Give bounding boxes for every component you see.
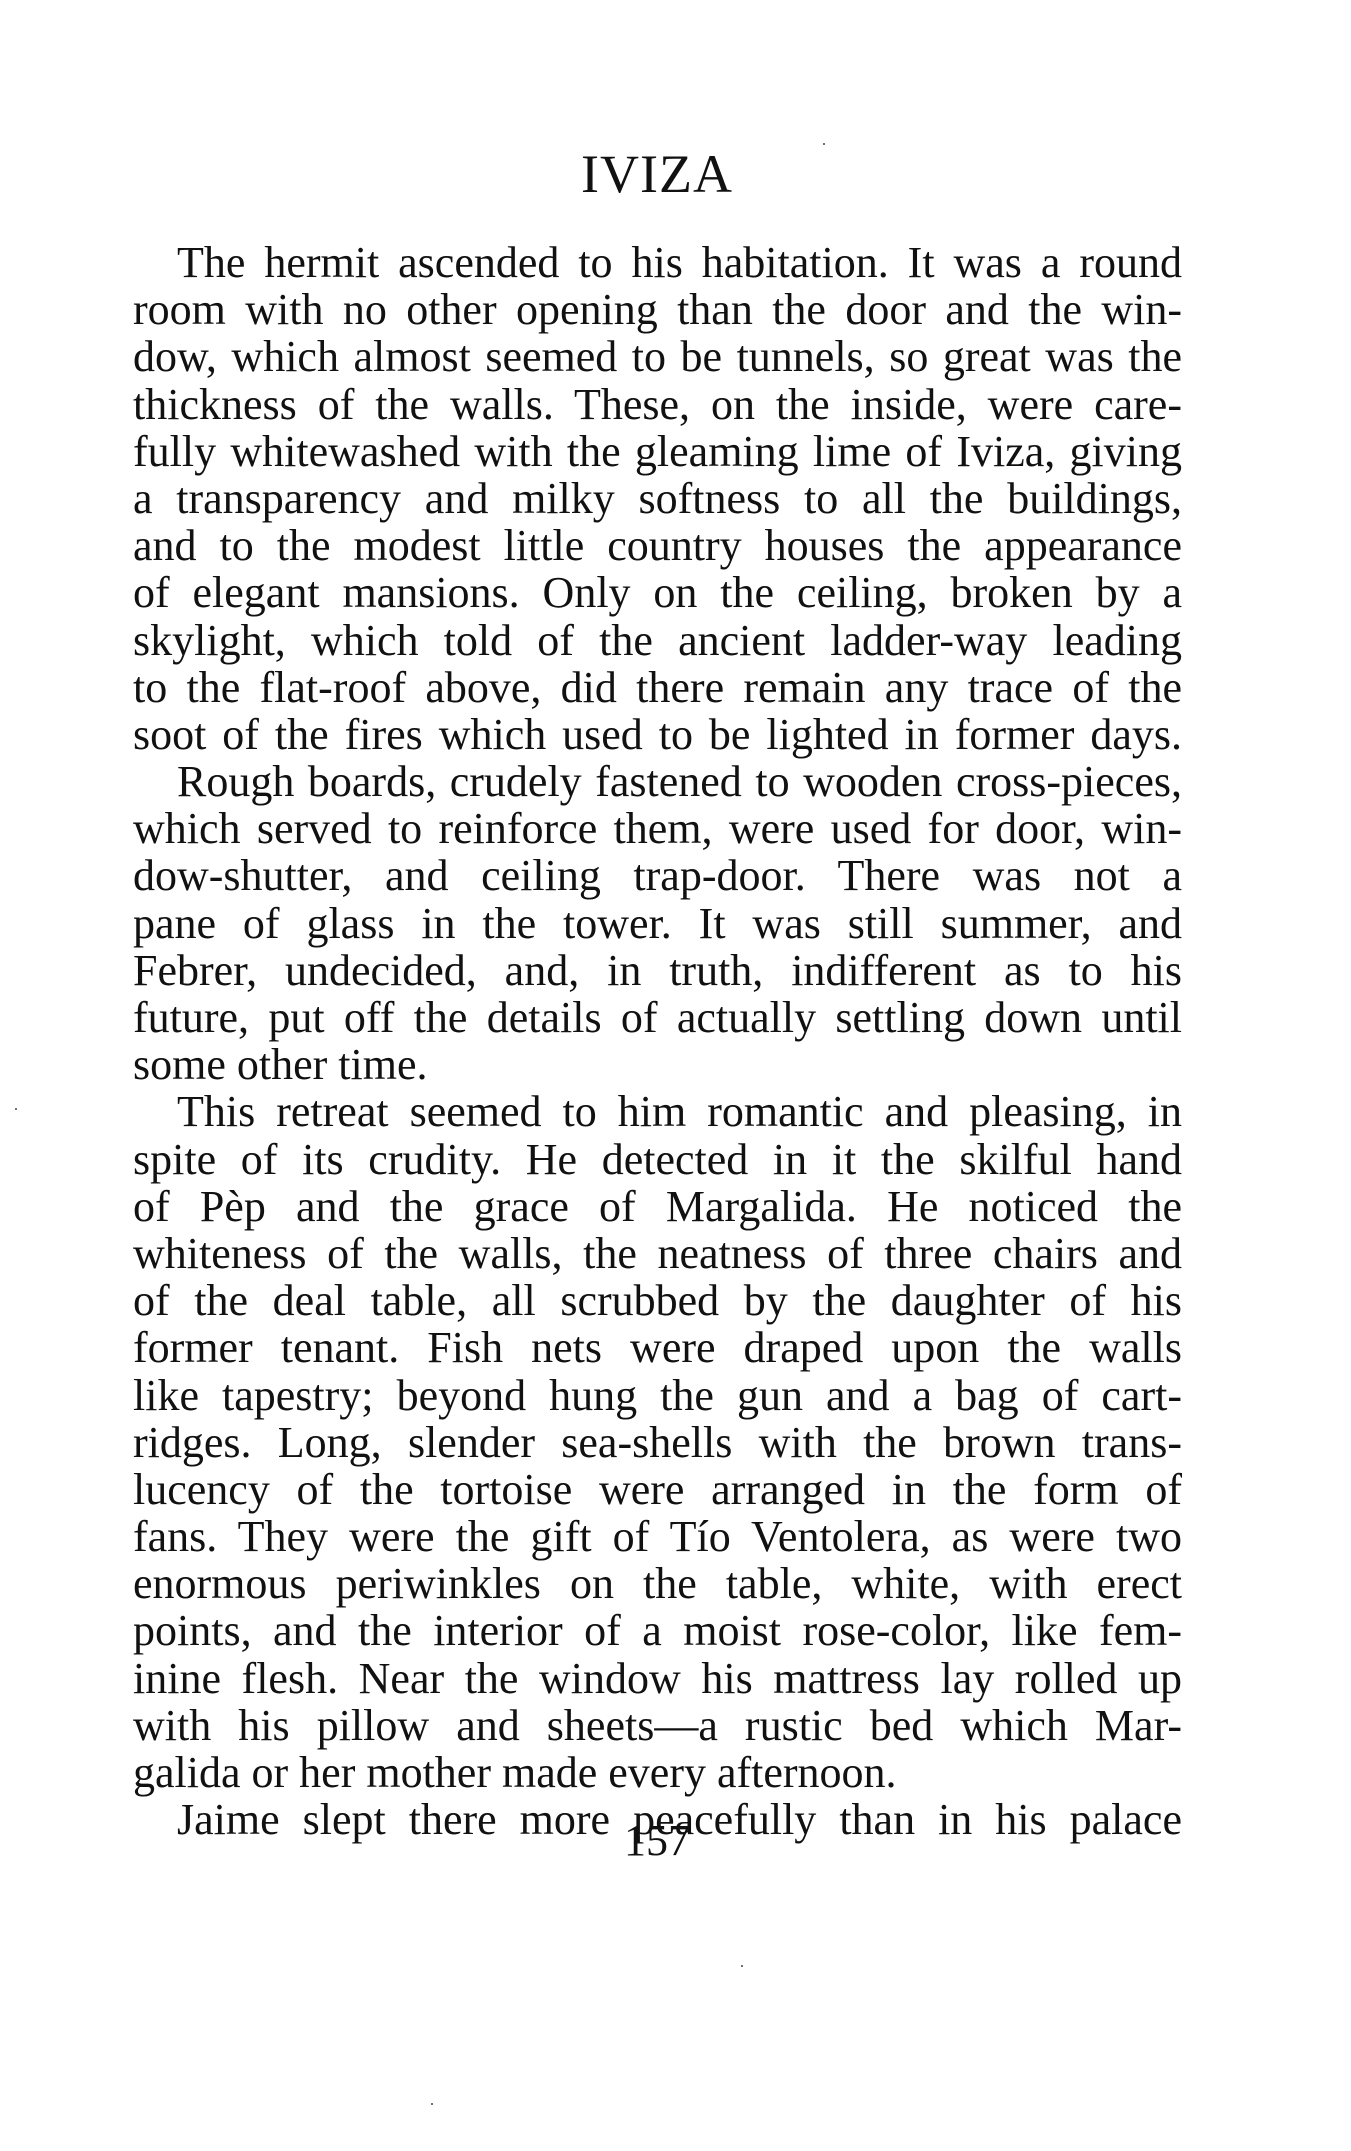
text-line: dow-shutter, and ceiling trap-door. Ther… xyxy=(133,852,1182,899)
text-line: The hermit ascended to his habitation. I… xyxy=(133,239,1182,286)
text-line: and to the modest little country houses … xyxy=(133,522,1182,569)
text-line: inine flesh. Near the window his mattres… xyxy=(133,1655,1182,1702)
book-page: IVIZA The hermit ascended to his habitat… xyxy=(0,0,1351,2151)
page-number-text: 157 xyxy=(624,1818,690,1864)
text-line: soot of the fires which used to be light… xyxy=(133,711,1182,758)
text-line: thickness of the walls. These, on the in… xyxy=(133,381,1182,428)
scan-speck xyxy=(15,1108,17,1110)
text-line: some other time. xyxy=(133,1041,1182,1088)
running-head: IVIZA xyxy=(0,146,1351,202)
paragraph-3: This retreat seemed to him romantic and … xyxy=(133,1088,1182,1796)
text-line: with his pillow and sheets—a rustic bed … xyxy=(133,1702,1182,1749)
text-line: This retreat seemed to him romantic and … xyxy=(133,1088,1182,1135)
text-line: former tenant. Fish nets were draped upo… xyxy=(133,1324,1182,1371)
text-line: a transparency and milky softness to all… xyxy=(133,475,1182,522)
page-number: 157 xyxy=(0,1818,1351,1864)
running-head-title: IVIZA xyxy=(581,146,733,202)
text-line: spite of its crudity. He detected in it … xyxy=(133,1136,1182,1183)
text-line: of the deal table, all scrubbed by the d… xyxy=(133,1277,1182,1324)
text-line: like tapestry; beyond hung the gun and a… xyxy=(133,1372,1182,1419)
text-line: pane of glass in the tower. It was still… xyxy=(133,900,1182,947)
paragraph-1: The hermit ascended to his habitation. I… xyxy=(133,239,1182,758)
text-line: of Pèp and the grace of Margalida. He no… xyxy=(133,1183,1182,1230)
text-line: to the flat-roof above, did there remain… xyxy=(133,664,1182,711)
text-line: of elegant mansions. Only on the ceiling… xyxy=(133,569,1182,616)
text-line: which served to reinforce them, were use… xyxy=(133,805,1182,852)
text-line: ridges. Long, slender sea-shells with th… xyxy=(133,1419,1182,1466)
text-line: Rough boards, crudely fastened to wooden… xyxy=(133,758,1182,805)
text-line: future, put off the details of actually … xyxy=(133,994,1182,1041)
text-line: enormous periwinkles on the table, white… xyxy=(133,1560,1182,1607)
text-line: galida or her mother made every afternoo… xyxy=(133,1749,1182,1796)
text-line: points, and the interior of a moist rose… xyxy=(133,1607,1182,1654)
text-line: room with no other opening than the door… xyxy=(133,286,1182,333)
text-line: lucency of the tortoise were arranged in… xyxy=(133,1466,1182,1513)
text-line: fans. They were the gift of Tío Ventoler… xyxy=(133,1513,1182,1560)
scan-speck xyxy=(741,1965,743,1967)
text-line: fully whitewashed with the gleaming lime… xyxy=(133,428,1182,475)
scan-speck xyxy=(431,2103,433,2105)
text-line: dow, which almost seemed to be tunnels, … xyxy=(133,333,1182,380)
scan-speck xyxy=(823,143,825,145)
paragraph-2: Rough boards, crudely fastened to wooden… xyxy=(133,758,1182,1088)
text-line: whiteness of the walls, the neatness of … xyxy=(133,1230,1182,1277)
text-line: skylight, which told of the ancient ladd… xyxy=(133,617,1182,664)
body-text: The hermit ascended to his habitation. I… xyxy=(133,239,1182,1843)
text-line: Febrer, undecided, and, in truth, indiff… xyxy=(133,947,1182,994)
